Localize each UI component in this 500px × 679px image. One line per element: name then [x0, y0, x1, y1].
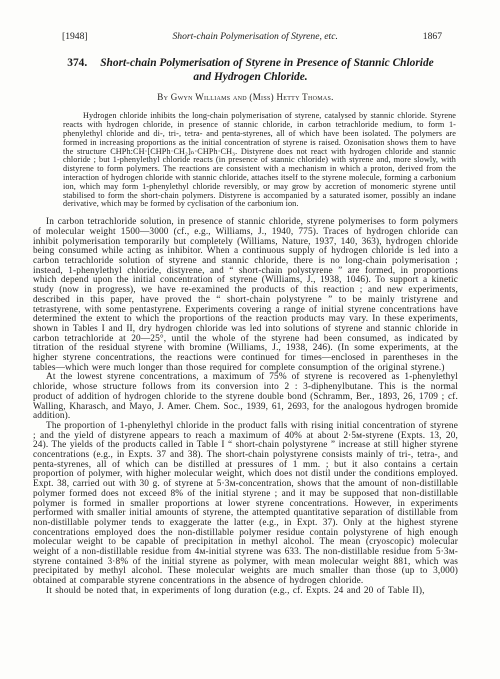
byline: By Gwyn Williams and (Miss) Hetty Thomas…	[33, 92, 458, 102]
paragraph: In carbon tetrachloride solution, in pre…	[33, 218, 458, 373]
journal-page: [1948] Short-chain Polymerisation of Sty…	[0, 0, 500, 679]
article-number: 374.	[67, 57, 87, 69]
article-heading: 374.Short-chain Polymerisation of Styren…	[63, 56, 438, 84]
paragraph: At the lowest styrene concentrations, a …	[33, 373, 458, 422]
paragraph: It should be noted that, in experiments …	[33, 587, 458, 597]
running-head-page-number: 1867	[423, 31, 442, 42]
abstract: Hydrogen chloride inhibits the long-chai…	[63, 112, 456, 209]
running-head-year: [1948]	[62, 31, 88, 42]
paragraph: The proportion of 1-phenylethyl chloride…	[33, 422, 458, 587]
running-head: [1948] Short-chain Polymerisation of Sty…	[33, 31, 458, 42]
running-head-title: Short-chain Polymerisation of Styrene, e…	[173, 31, 338, 42]
article-body: In carbon tetrachloride solution, in pre…	[33, 218, 458, 596]
article-title: Short-chain Polymerisation of Styrene in…	[100, 57, 434, 83]
